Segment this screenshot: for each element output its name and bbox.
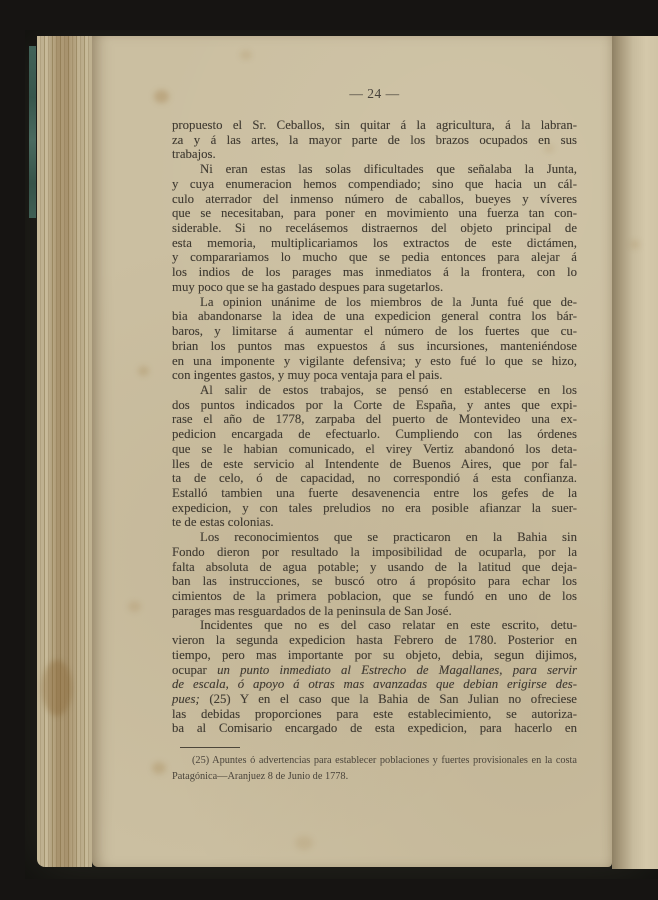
text-line: Estalló tambien una fuerte desavenencia … — [172, 486, 577, 501]
text-line: y cuya enumeracion hemos compendiado; si… — [172, 177, 577, 192]
book-page: — 24 — propuesto el Sr. Ceballos, sin qu… — [92, 36, 612, 867]
text-line: propuesto el Sr. Ceballos, sin quitar á … — [172, 118, 577, 133]
text-line: dos puntos indicados por la Corte de Esp… — [172, 398, 577, 413]
stain — [295, 836, 313, 850]
text-line: Los reconocimientos que se practicaron e… — [172, 530, 577, 545]
stain — [154, 90, 169, 103]
text-line: ocupar un punto inmediato al Estrecho de… — [172, 663, 577, 678]
text-line: ban las instrucciones, se buscó otro á p… — [172, 574, 577, 589]
text-line: ta de celo, ó de capacidad, no correspon… — [172, 471, 577, 486]
text-line: pedicion encargada de efectuarlo. Cumpli… — [172, 427, 577, 442]
text-line: trabajos. — [172, 147, 577, 162]
footnote-rule — [180, 747, 240, 748]
text-line: y comparariamos lo mucho que se pedia en… — [172, 250, 577, 265]
text-line: siderable. Si no recelásemos distraernos… — [172, 221, 577, 236]
text-line: te de estas colonias. — [172, 515, 577, 530]
text-line: las debidas proporciones para este estab… — [172, 707, 577, 722]
text-line: culo aterrador del inmenso número de cab… — [172, 192, 577, 207]
text-line: tiempo, pero mas importante por su objet… — [172, 648, 577, 663]
footnote-block: (25) Apuntes ó advertencias para estable… — [172, 753, 577, 785]
text-line: bia abandonarse la idea de una expedicio… — [172, 309, 577, 324]
text-line: esta memoria, multiplicariamos los extra… — [172, 236, 577, 251]
text-line: parages mas resguardados de la peninsula… — [172, 604, 577, 619]
text-line: expedicion, y con tales preludios no era… — [172, 501, 577, 516]
facing-page-gutter — [612, 36, 658, 869]
text-line: pues; (25) Y en el caso que la Bahia de … — [172, 692, 577, 707]
text-line: los indios de los parages mas inmediatos… — [172, 265, 577, 280]
stain — [152, 762, 166, 774]
text-line: en una imponente y vigilante defensiva; … — [172, 354, 577, 369]
stain — [240, 50, 252, 60]
text-line: brian los puntos mas expuestos á sus inc… — [172, 339, 577, 354]
text-line: cimientos de la primera poblacion, que s… — [172, 589, 577, 604]
text-line: ba al Comisario encargado de esta expedi… — [172, 721, 577, 736]
page-edges — [37, 36, 92, 867]
text-line: lles de este servicio al Intendente de B… — [172, 457, 577, 472]
spine-label — [29, 46, 36, 218]
text-line: za y á las artes, la mayor parte de los … — [172, 133, 577, 148]
text-line: Fondo dieron por resultado la imposibili… — [172, 545, 577, 560]
text-line: que se le habian comunicado, el virey Ve… — [172, 442, 577, 457]
text-line: Al salir de estos trabajos, se pensó en … — [172, 383, 577, 398]
text-line: muy poco que se ha gastado despues para … — [172, 280, 577, 295]
text-line: Incidentes que no es del caso relatar en… — [172, 618, 577, 633]
text-line: La opinion unánime de los miembros de la… — [172, 295, 577, 310]
book-scan-photo: — 24 — propuesto el Sr. Ceballos, sin qu… — [0, 0, 658, 900]
text-line: de escala, ó apoyo á otras mas avanzadas… — [172, 677, 577, 692]
text-line: vieron la segunda expedicion hasta Febre… — [172, 633, 577, 648]
text-line: con ingentes gastos, y muy poca ventaja … — [172, 368, 577, 383]
page-number: — 24 — — [172, 86, 577, 102]
text-line: Patagónica—Aranjuez 8 de Junio de 1778. — [172, 769, 577, 785]
text-line: (25) Apuntes ó advertencias para estable… — [172, 753, 577, 769]
text-line: rase el año de 1778, zarpaba del puerto … — [172, 412, 577, 427]
body-text-block: propuesto el Sr. Ceballos, sin quitar á … — [172, 118, 577, 736]
stain — [138, 366, 149, 376]
text-line: falta absoluta de agua potable; y usando… — [172, 560, 577, 575]
stain — [128, 601, 141, 612]
text-line: Ni eran estas las solas dificultades que… — [172, 162, 577, 177]
text-line: baros, y limitarse á aumentar el número … — [172, 324, 577, 339]
text-line: que se necesitaban, para poner en movimi… — [172, 206, 577, 221]
